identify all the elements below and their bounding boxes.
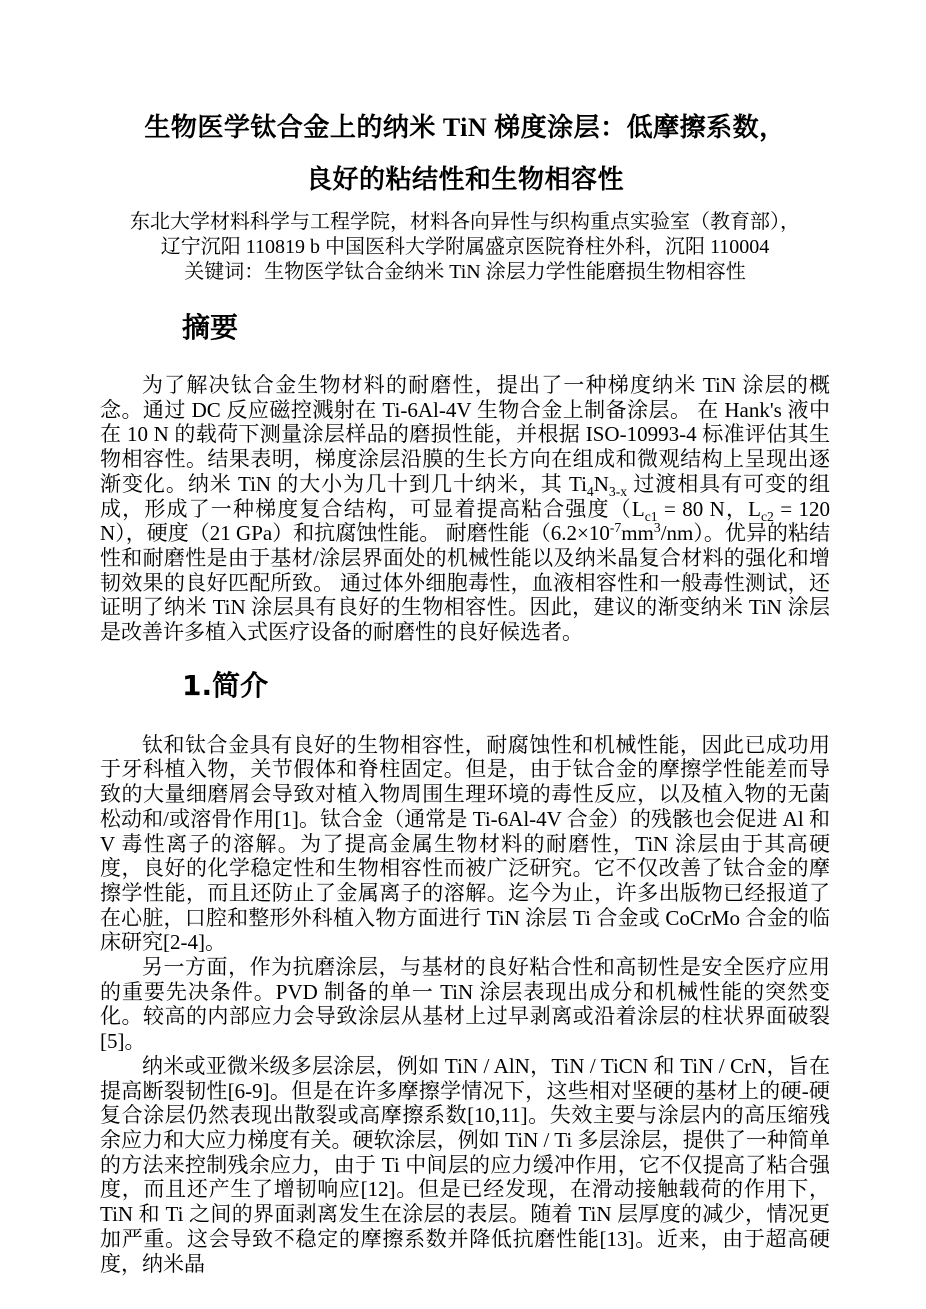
abstract-heading: 摘要: [182, 311, 830, 345]
paper-title-line2: 良好的粘结性和生物相容性: [100, 154, 830, 206]
affiliation-block: 东北大学材料科学与工程学院，材料各向异性与织构重点实验室（教育部）， 辽宁沉阳 …: [100, 210, 830, 285]
affiliation-line2: 辽宁沉阳 110819 b 中国医科大学附属盛京医院脊柱外科，沉阳 110004: [100, 235, 830, 260]
introduction-paragraph-3: 纳米或亚微米级多层涂层，例如 TiN / AlN，TiN / TiCN 和 Ti…: [100, 1054, 830, 1276]
abstract-paragraph: 为了解决钛合金生物材料的耐磨性，提出了一种梯度纳米 TiN 涂层的概念。通过 D…: [100, 373, 830, 645]
affiliation-line1: 东北大学材料科学与工程学院，材料各向异性与织构重点实验室（教育部），: [100, 210, 830, 235]
introduction-heading: 1.简介: [182, 669, 830, 703]
document-page: 生物医学钛合金上的纳米 TiN 梯度涂层：低摩擦系数， 良好的粘结性和生物相容性…: [0, 0, 926, 1309]
keywords-line: 关键词：生物医学钛合金纳米 TiN 涂层力学性能磨损生物相容性: [100, 260, 830, 285]
introduction-paragraph-2: 另一方面，作为抗磨涂层，与基材的良好粘合性和高韧性是安全医疗应用的重要先决条件。…: [100, 955, 830, 1054]
introduction-paragraph-1: 钛和钛合金具有良好的生物相容性，耐腐蚀性和机械性能，因此已成功用于牙科植入物，关…: [100, 733, 830, 955]
paper-title-line1: 生物医学钛合金上的纳米 TiN 梯度涂层：低摩擦系数，: [100, 102, 830, 154]
paper-title: 生物医学钛合金上的纳米 TiN 梯度涂层：低摩擦系数， 良好的粘结性和生物相容性: [100, 102, 830, 206]
